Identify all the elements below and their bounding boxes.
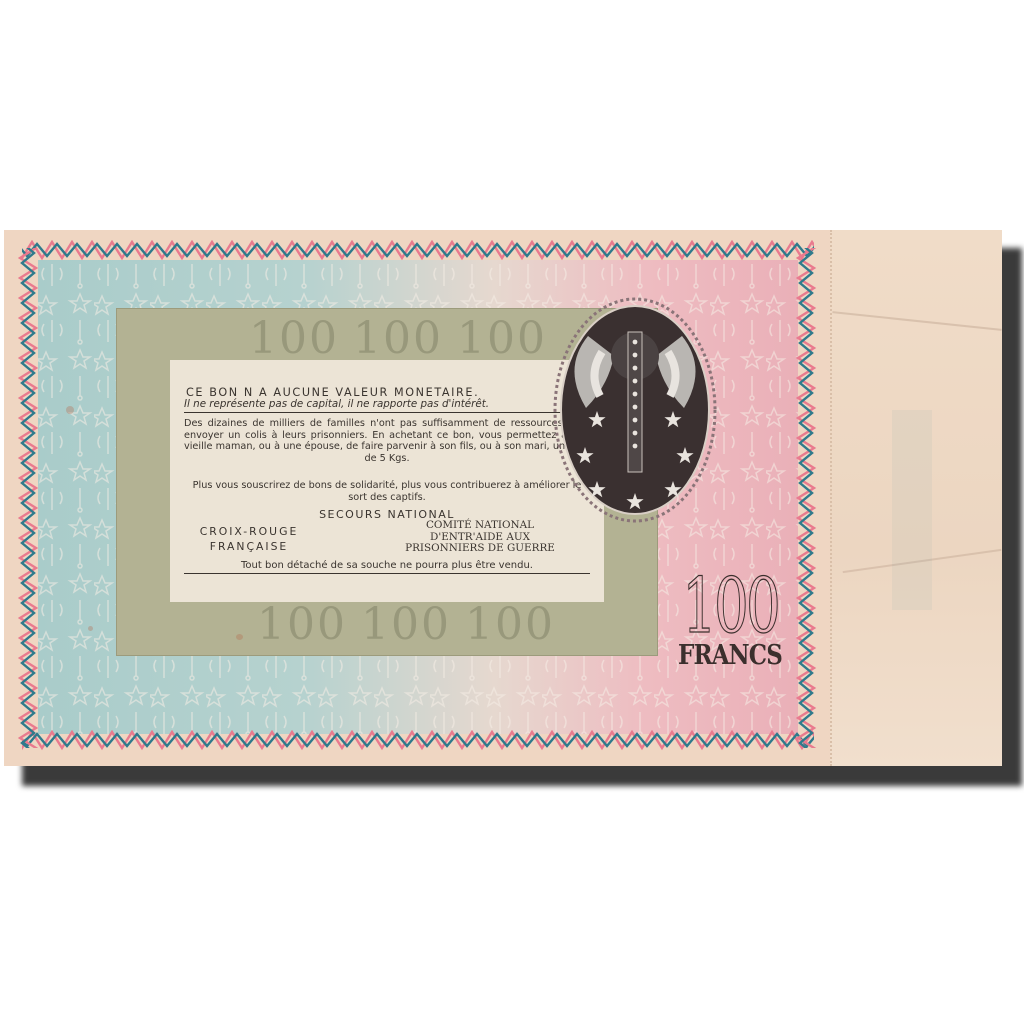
- text-panel: CE BON N A AUCUNE VALEUR MONETAIRE. Il n…: [170, 360, 604, 602]
- denomination-currency: FRANCS: [671, 640, 790, 671]
- denomination-value: 100: [680, 568, 781, 644]
- zigzag-border-left: [18, 248, 40, 748]
- denomination: 100 FRANCS: [660, 568, 800, 671]
- voucher-main-panel: 100 100 100 100 100 100 CE BON N A AUCUN…: [4, 230, 830, 766]
- stain: [66, 406, 74, 414]
- ghost-numeral-bottom-2: 100: [361, 599, 451, 650]
- organization-comite-national: COMITÉ NATIONAL D'ENTR'AIDE AUX PRISONNI…: [370, 520, 590, 555]
- organization-croix-rouge: CROIX-ROUGE FRANÇAISE: [184, 524, 314, 554]
- zigzag-border-right: [796, 248, 818, 748]
- stain: [88, 626, 93, 631]
- ghost-numeral-bottom-3: 100: [465, 599, 555, 650]
- zigzag-border-bottom: [22, 730, 814, 752]
- org-left-line-1: CROIX-ROUGE: [184, 524, 314, 539]
- panel-subtitle: Il ne représente pas de capital, il ne r…: [184, 398, 588, 413]
- org-right-line-3: PRISONNIERS DE GUERRE: [370, 543, 590, 555]
- banknote: 100 100 100 100 100 100 CE BON N A AUCUN…: [4, 230, 1000, 766]
- stain: [236, 634, 243, 640]
- ghost-numeral-top-2: 100: [353, 313, 443, 364]
- panel-footer-note: Tout bon détaché de sa souche ne pourra …: [184, 560, 590, 574]
- faded-print: [892, 410, 932, 610]
- ghost-numeral-bottom: 100: [257, 599, 347, 650]
- panel-paragraph-2: Plus vous souscrirez de bons de solidari…: [184, 480, 590, 503]
- org-left-line-2: FRANÇAISE: [184, 539, 314, 554]
- detachable-stub: [830, 230, 1002, 766]
- panel-paragraph-1: Des dizaines de milliers de familles n'o…: [184, 418, 590, 464]
- francisque-emblem-icon: [552, 296, 718, 524]
- crease: [832, 311, 1001, 331]
- zigzag-border-top: [22, 240, 814, 262]
- ghost-numeral-top-3: 100: [457, 313, 547, 364]
- ghost-numeral-top: 100: [249, 313, 339, 364]
